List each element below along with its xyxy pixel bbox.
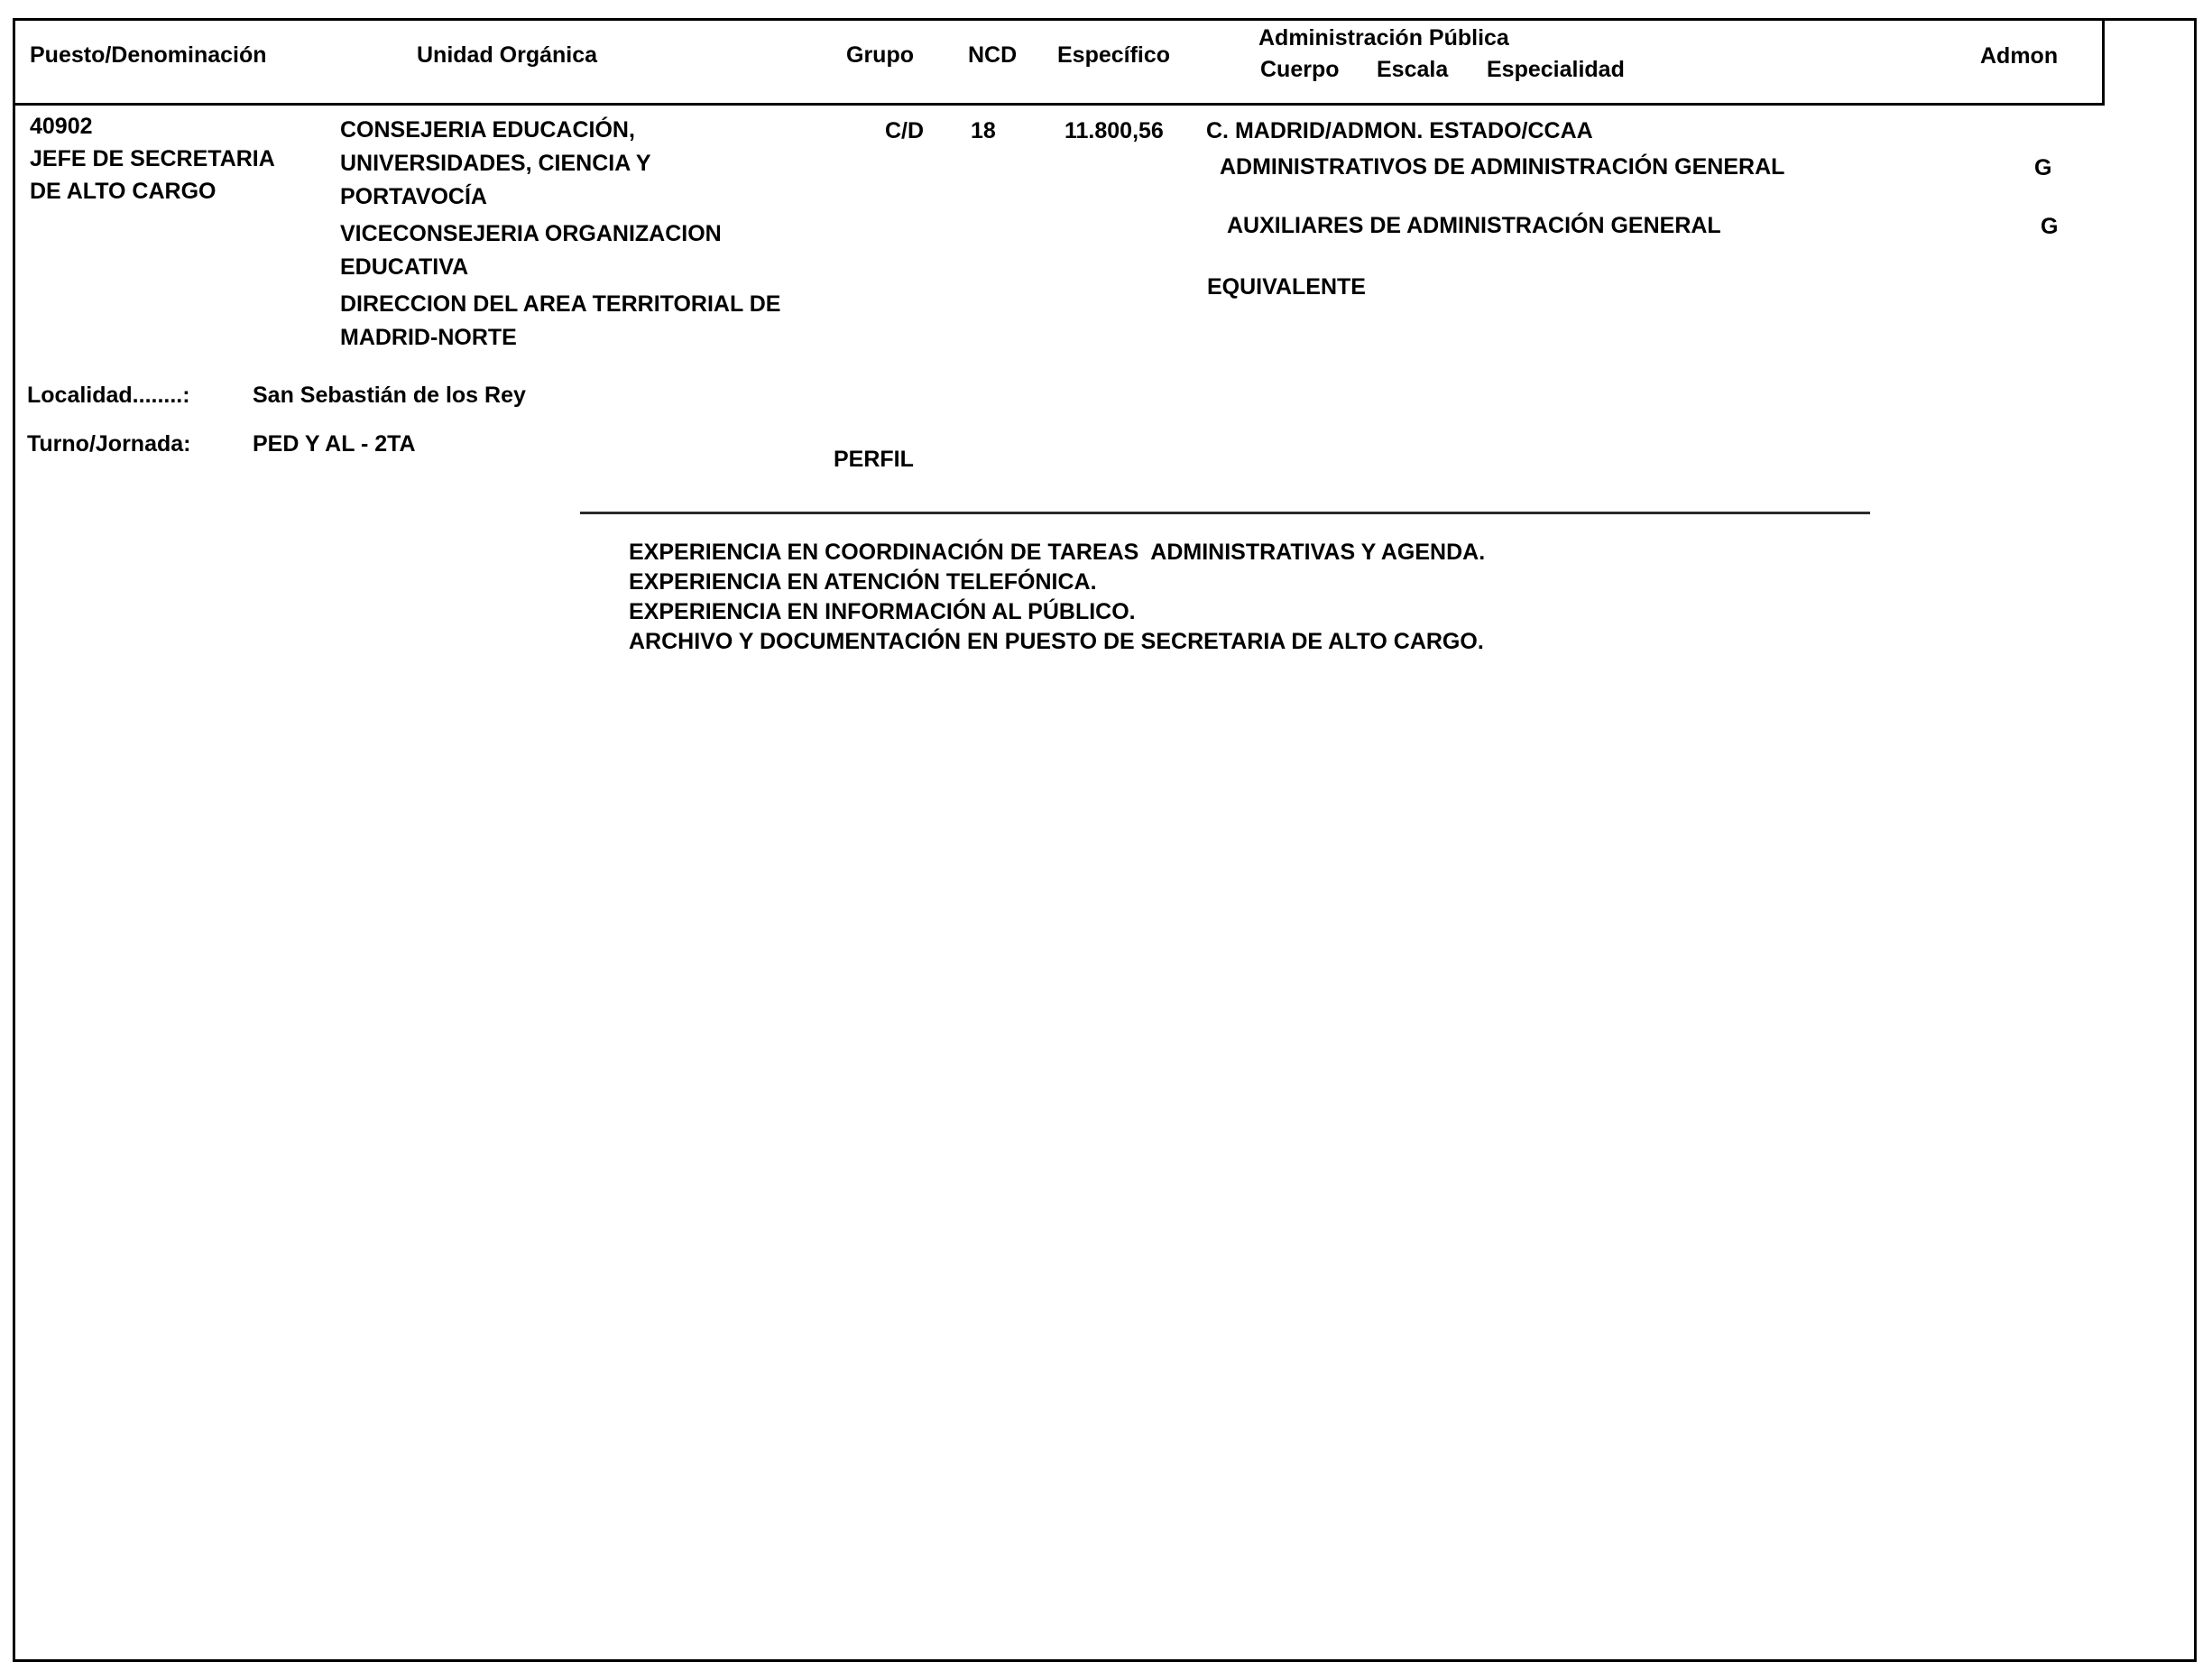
col-header-administracion-publica: Administración Pública — [1258, 24, 1509, 51]
valor-especifico: 11.800,56 — [1065, 117, 1164, 144]
cuerpo-admon: G — [2041, 213, 2058, 240]
puesto-codigo: 40902 — [30, 113, 93, 140]
perfil-linea: EXPERIENCIA EN INFORMACIÓN AL PÚBLICO. — [629, 598, 1136, 625]
perfil-divider-rule — [580, 512, 1870, 514]
col-header-especifico: Específico — [1057, 42, 1170, 69]
header-right-rule — [2102, 18, 2105, 106]
unidad-organica-linea: UNIVERSIDADES, CIENCIA Y — [340, 150, 651, 177]
col-header-cuerpo: Cuerpo — [1260, 56, 1340, 83]
col-header-ncd: NCD — [968, 42, 1017, 69]
valor-ncd: 18 — [971, 117, 996, 144]
header-bottom-rule — [13, 103, 2105, 106]
cuerpo-nombre: AUXILIARES DE ADMINISTRACIÓN GENERAL — [1227, 212, 1721, 239]
unidad-organica-linea: CONSEJERIA EDUCACIÓN, — [340, 116, 635, 143]
cuerpo-admon: G — [2034, 154, 2051, 181]
puesto-denominacion-linea: JEFE DE SECRETARIA — [30, 145, 275, 172]
document-page: Puesto/Denominación Unidad Orgánica Grup… — [0, 0, 2212, 1671]
col-header-especialidad: Especialidad — [1487, 56, 1625, 83]
perfil-linea: EXPERIENCIA EN COORDINACIÓN DE TAREAS AD… — [629, 539, 1485, 566]
perfil-linea: EXPERIENCIA EN ATENCIÓN TELEFÓNICA. — [629, 568, 1097, 595]
cuerpo-nombre: ADMINISTRATIVOS DE ADMINISTRACIÓN GENERA… — [1220, 153, 1784, 180]
col-header-grupo: Grupo — [846, 42, 914, 69]
localidad-label: Localidad........: — [27, 382, 190, 409]
valor-grupo: C/D — [885, 117, 924, 144]
col-header-unidad-organica: Unidad Orgánica — [417, 42, 597, 69]
col-header-admon: Admon — [1980, 42, 2058, 69]
perfil-title: PERFIL — [834, 446, 914, 473]
unidad-organica-linea: PORTAVOCÍA — [340, 183, 487, 210]
unidad-organica-linea: MADRID-NORTE — [340, 324, 517, 351]
turno-jornada-label: Turno/Jornada: — [27, 430, 190, 457]
col-header-puesto-denominacion: Puesto/Denominación — [30, 42, 267, 69]
unidad-organica-linea: DIRECCION DEL AREA TERRITORIAL DE — [340, 291, 780, 318]
localidad-value: San Sebastián de los Rey — [253, 382, 535, 409]
unidad-organica-linea: VICECONSEJERIA ORGANIZACION — [340, 220, 722, 247]
col-header-escala: Escala — [1377, 56, 1448, 83]
unidad-organica-linea: EDUCATIVA — [340, 254, 468, 281]
cuerpo-nombre: EQUIVALENTE — [1207, 273, 1366, 300]
perfil-linea: ARCHIVO Y DOCUMENTACIÓN EN PUESTO DE SEC… — [629, 628, 1484, 655]
puesto-denominacion-linea: DE ALTO CARGO — [30, 178, 216, 205]
valor-administracion-publica: C. MADRID/ADMON. ESTADO/CCAA — [1206, 117, 1593, 144]
turno-jornada-value: PED Y AL - 2TA — [253, 430, 416, 457]
